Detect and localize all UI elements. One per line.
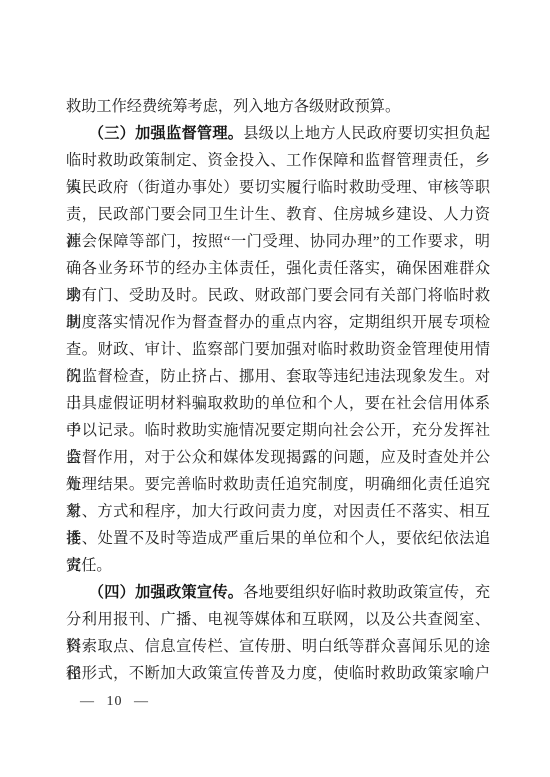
text-line: （三）加强监督管理。县级以上地方人民政府要切实担负起 bbox=[66, 120, 490, 147]
page-number: — 10 — bbox=[80, 694, 149, 710]
text-line: 予以记录。临时救助实施情况要定期向社会公开，充分发挥社会 bbox=[66, 417, 490, 444]
document-body: 救助工作经费统筹考虑，列入地方各级财政预算。（三）加强监督管理。县级以上地方人民… bbox=[66, 93, 490, 687]
text-line: 确各业务环节的经办主体责任，强化责任落实，确保困难群众求 bbox=[66, 255, 490, 282]
text-line: 监督作用，对于公众和媒体发现揭露的问题，应及时查处并公布 bbox=[66, 444, 490, 471]
text-line: 人民政府（街道办事处）要切实履行临时救助受理、审核等职 bbox=[66, 174, 490, 201]
text-line: 查。财政、审计、监察部门要加强对临时救助资金管理使用情况 bbox=[66, 336, 490, 363]
text-line: 料索取点、信息宣传栏、宣传册、明白纸等群众喜闻乐见的途径 bbox=[66, 633, 490, 660]
text-line: 分利用报刊、广播、电视等媒体和互联网，以及公共查阅室、资 bbox=[66, 606, 490, 633]
text-line: 社会保障等部门，按照“一门受理、协同办理”的工作要求，明 bbox=[66, 228, 490, 255]
section-heading: （三）加强监督管理。 bbox=[89, 125, 243, 142]
text-line: 象、方式和程序，加大行政问责力度，对因责任不落实、相互推 bbox=[66, 498, 490, 525]
text-line: 处理结果。要完善临时救助责任追究制度，明确细化责任追究对 bbox=[66, 471, 490, 498]
page-background: 救助工作经费统筹考虑，列入地方各级财政预算。（三）加强监督管理。县级以上地方人民… bbox=[0, 0, 550, 777]
text-line: 助有门、受助及时。民政、财政部门要会同有关部门将临时救助 bbox=[66, 282, 490, 309]
text-line: 责任。 bbox=[66, 552, 490, 579]
text-line: 的监督检查，防止挤占、挪用、套取等违纪违法现象发生。对于 bbox=[66, 363, 490, 390]
text-line: 制度落实情况作为督查督办的重点内容，定期组织开展专项检 bbox=[66, 309, 490, 336]
text-line: 和形式，不断加大政策宣传普及力度，使临时救助政策家喻户 bbox=[66, 660, 490, 687]
text-line: 责，民政部门要会同卫生计生、教育、住房城乡建设、人力资源 bbox=[66, 201, 490, 228]
text-line: （四）加强政策宣传。各地要组织好临时救助政策宣传，充 bbox=[66, 579, 490, 606]
section-heading: （四）加强政策宣传。 bbox=[89, 584, 243, 601]
text-line: 诿、处置不及时等造成严重后果的单位和个人，要依纪依法追究 bbox=[66, 525, 490, 552]
text-line: 出具虚假证明材料骗取救助的单位和个人，要在社会信用体系中 bbox=[66, 390, 490, 417]
text-line: 临时救助政策制定、资金投入、工作保障和监督管理责任，乡镇 bbox=[66, 147, 490, 174]
document-page: { "page": { "number_label": "— 10 —" }, … bbox=[0, 0, 550, 777]
text-line: 救助工作经费统筹考虑，列入地方各级财政预算。 bbox=[66, 93, 490, 120]
